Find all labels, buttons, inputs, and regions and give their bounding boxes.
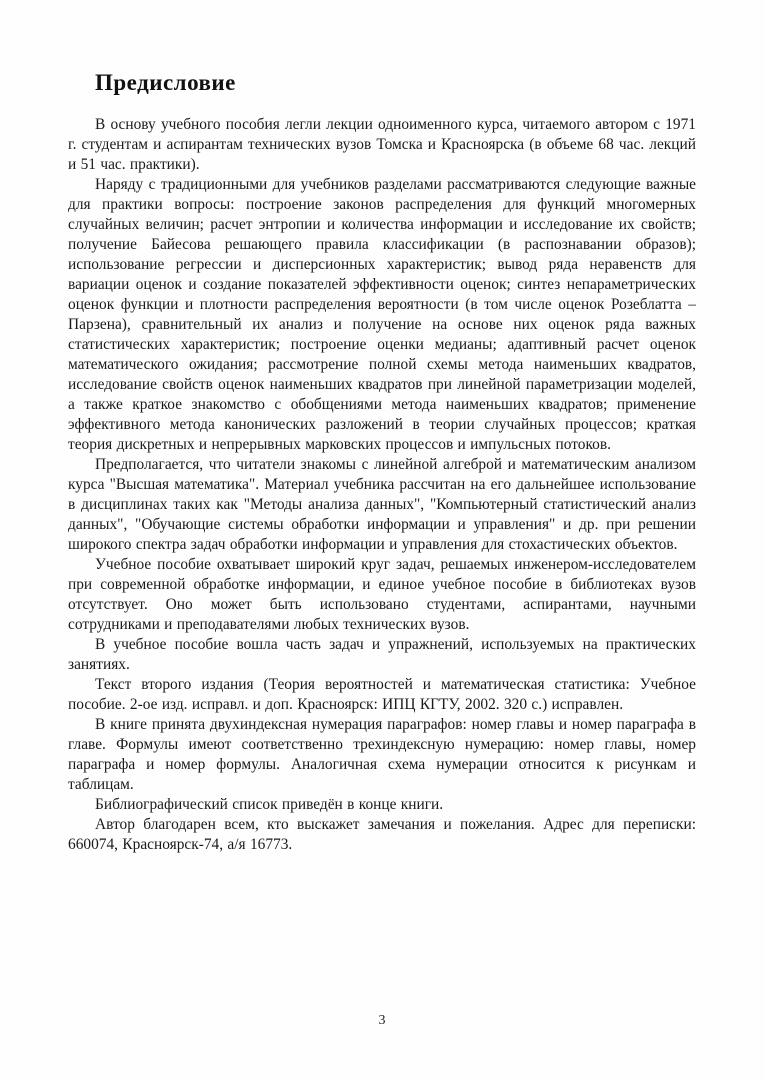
document-body: В основу учебного пособия легли лекции о…: [68, 115, 696, 855]
document-content: Предисловие В основу учебного пособия ле…: [68, 70, 696, 855]
paragraph-topics-overview: Наряду с традиционными для учебников раз…: [68, 175, 696, 455]
paragraph-numbering-scheme: В книге принята двухиндексная нумерация …: [68, 715, 696, 795]
page-number-footer: 3: [68, 1013, 696, 1029]
paragraph-exercises: В учебное пособие вошла часть задач и уп…: [68, 635, 696, 675]
paragraph-audience: Учебное пособие охватывает широкий круг …: [68, 555, 696, 635]
paragraph-prerequisites: Предполагается, что читатели знакомы с л…: [68, 455, 696, 555]
page-title: Предисловие: [95, 70, 696, 96]
paragraph-bibliography-note: Библиографический список приведён в конц…: [68, 795, 696, 815]
paragraph-intro-course: В основу учебного пособия легли лекции о…: [68, 115, 696, 175]
paragraph-author-address: Автор благодарен всем, кто выскажет заме…: [68, 815, 696, 855]
document-page: Предисловие В основу учебного пособия ле…: [0, 0, 764, 1080]
paragraph-second-edition: Текст второго издания (Теория вероятност…: [68, 675, 696, 715]
